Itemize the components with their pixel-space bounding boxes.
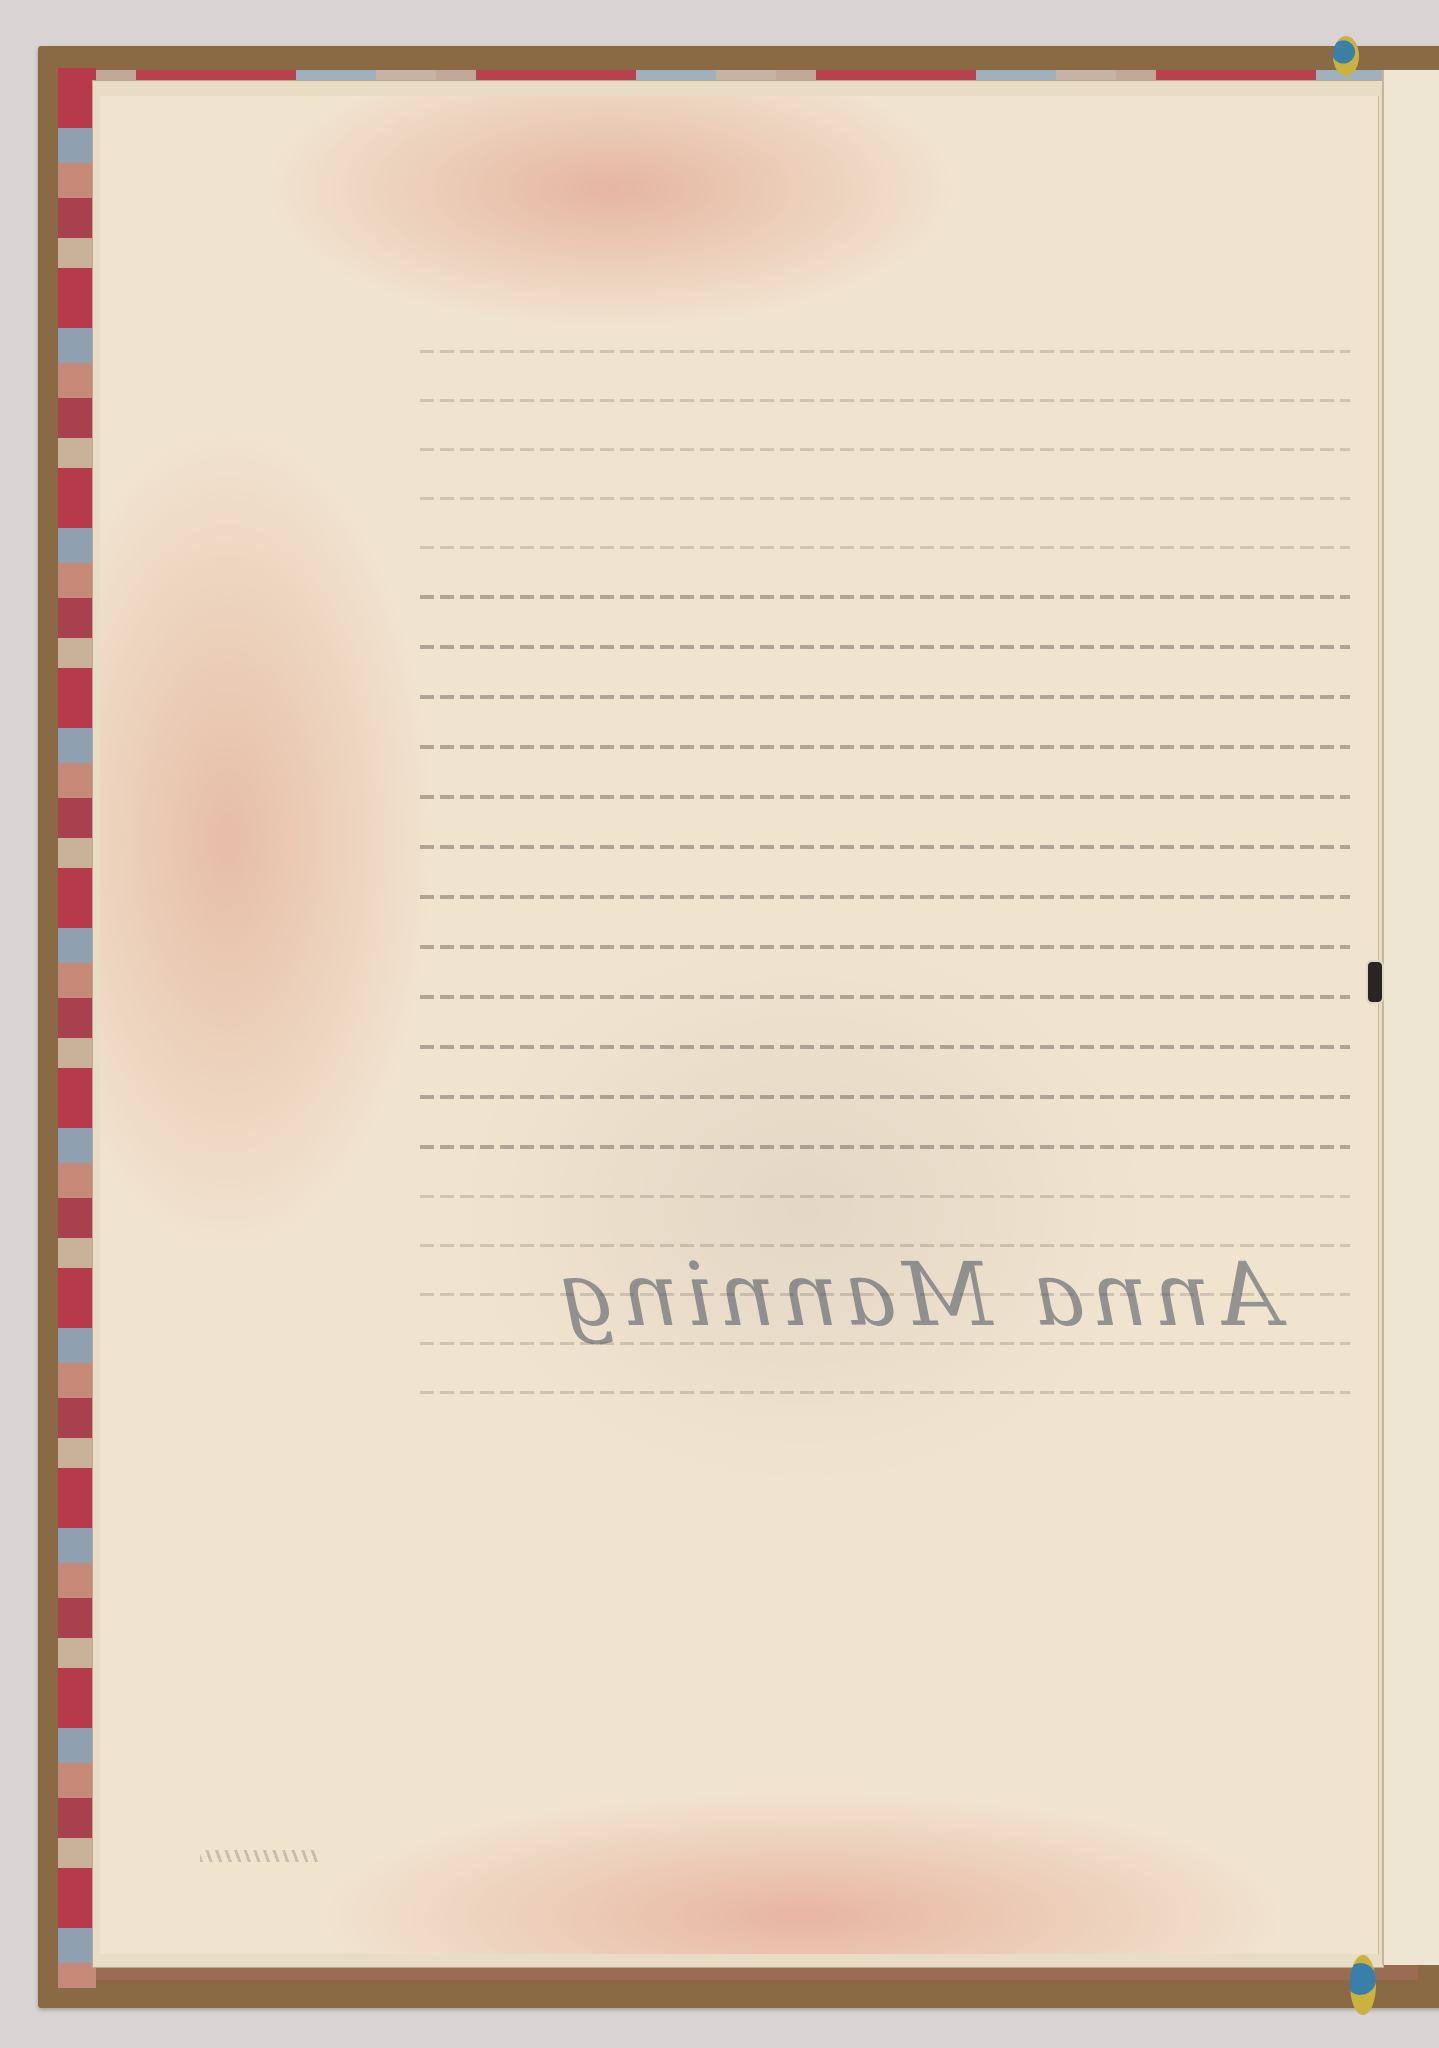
binding-thread-tab — [1366, 960, 1384, 1004]
show-through-line — [420, 546, 1350, 549]
show-through-line — [420, 1391, 1350, 1394]
headband-tassel-bottom — [1350, 1955, 1376, 2015]
show-through-line — [420, 695, 1350, 699]
show-through-line — [420, 745, 1350, 749]
facing-page-edge — [1382, 70, 1439, 1965]
show-through-line — [420, 895, 1350, 899]
show-through-line — [420, 595, 1350, 599]
mirrored-signature: Anna Manning — [520, 1250, 1280, 1340]
show-through-line — [420, 645, 1350, 649]
show-through-line — [420, 1195, 1350, 1198]
show-through-line — [420, 1045, 1350, 1049]
show-through-line — [420, 845, 1350, 849]
headband-tassel-top — [1333, 36, 1359, 76]
show-through-line — [420, 1145, 1350, 1149]
show-through-line — [420, 995, 1350, 999]
show-through-line — [420, 795, 1350, 799]
pencil-mark — [200, 1850, 320, 1862]
show-through-line — [420, 1095, 1350, 1099]
show-through-line — [420, 448, 1350, 451]
marbled-paper-edge-left — [58, 68, 96, 1988]
show-through-line — [420, 350, 1350, 353]
show-through-line — [420, 945, 1350, 949]
show-through-line — [420, 497, 1350, 500]
show-through-line — [420, 399, 1350, 402]
